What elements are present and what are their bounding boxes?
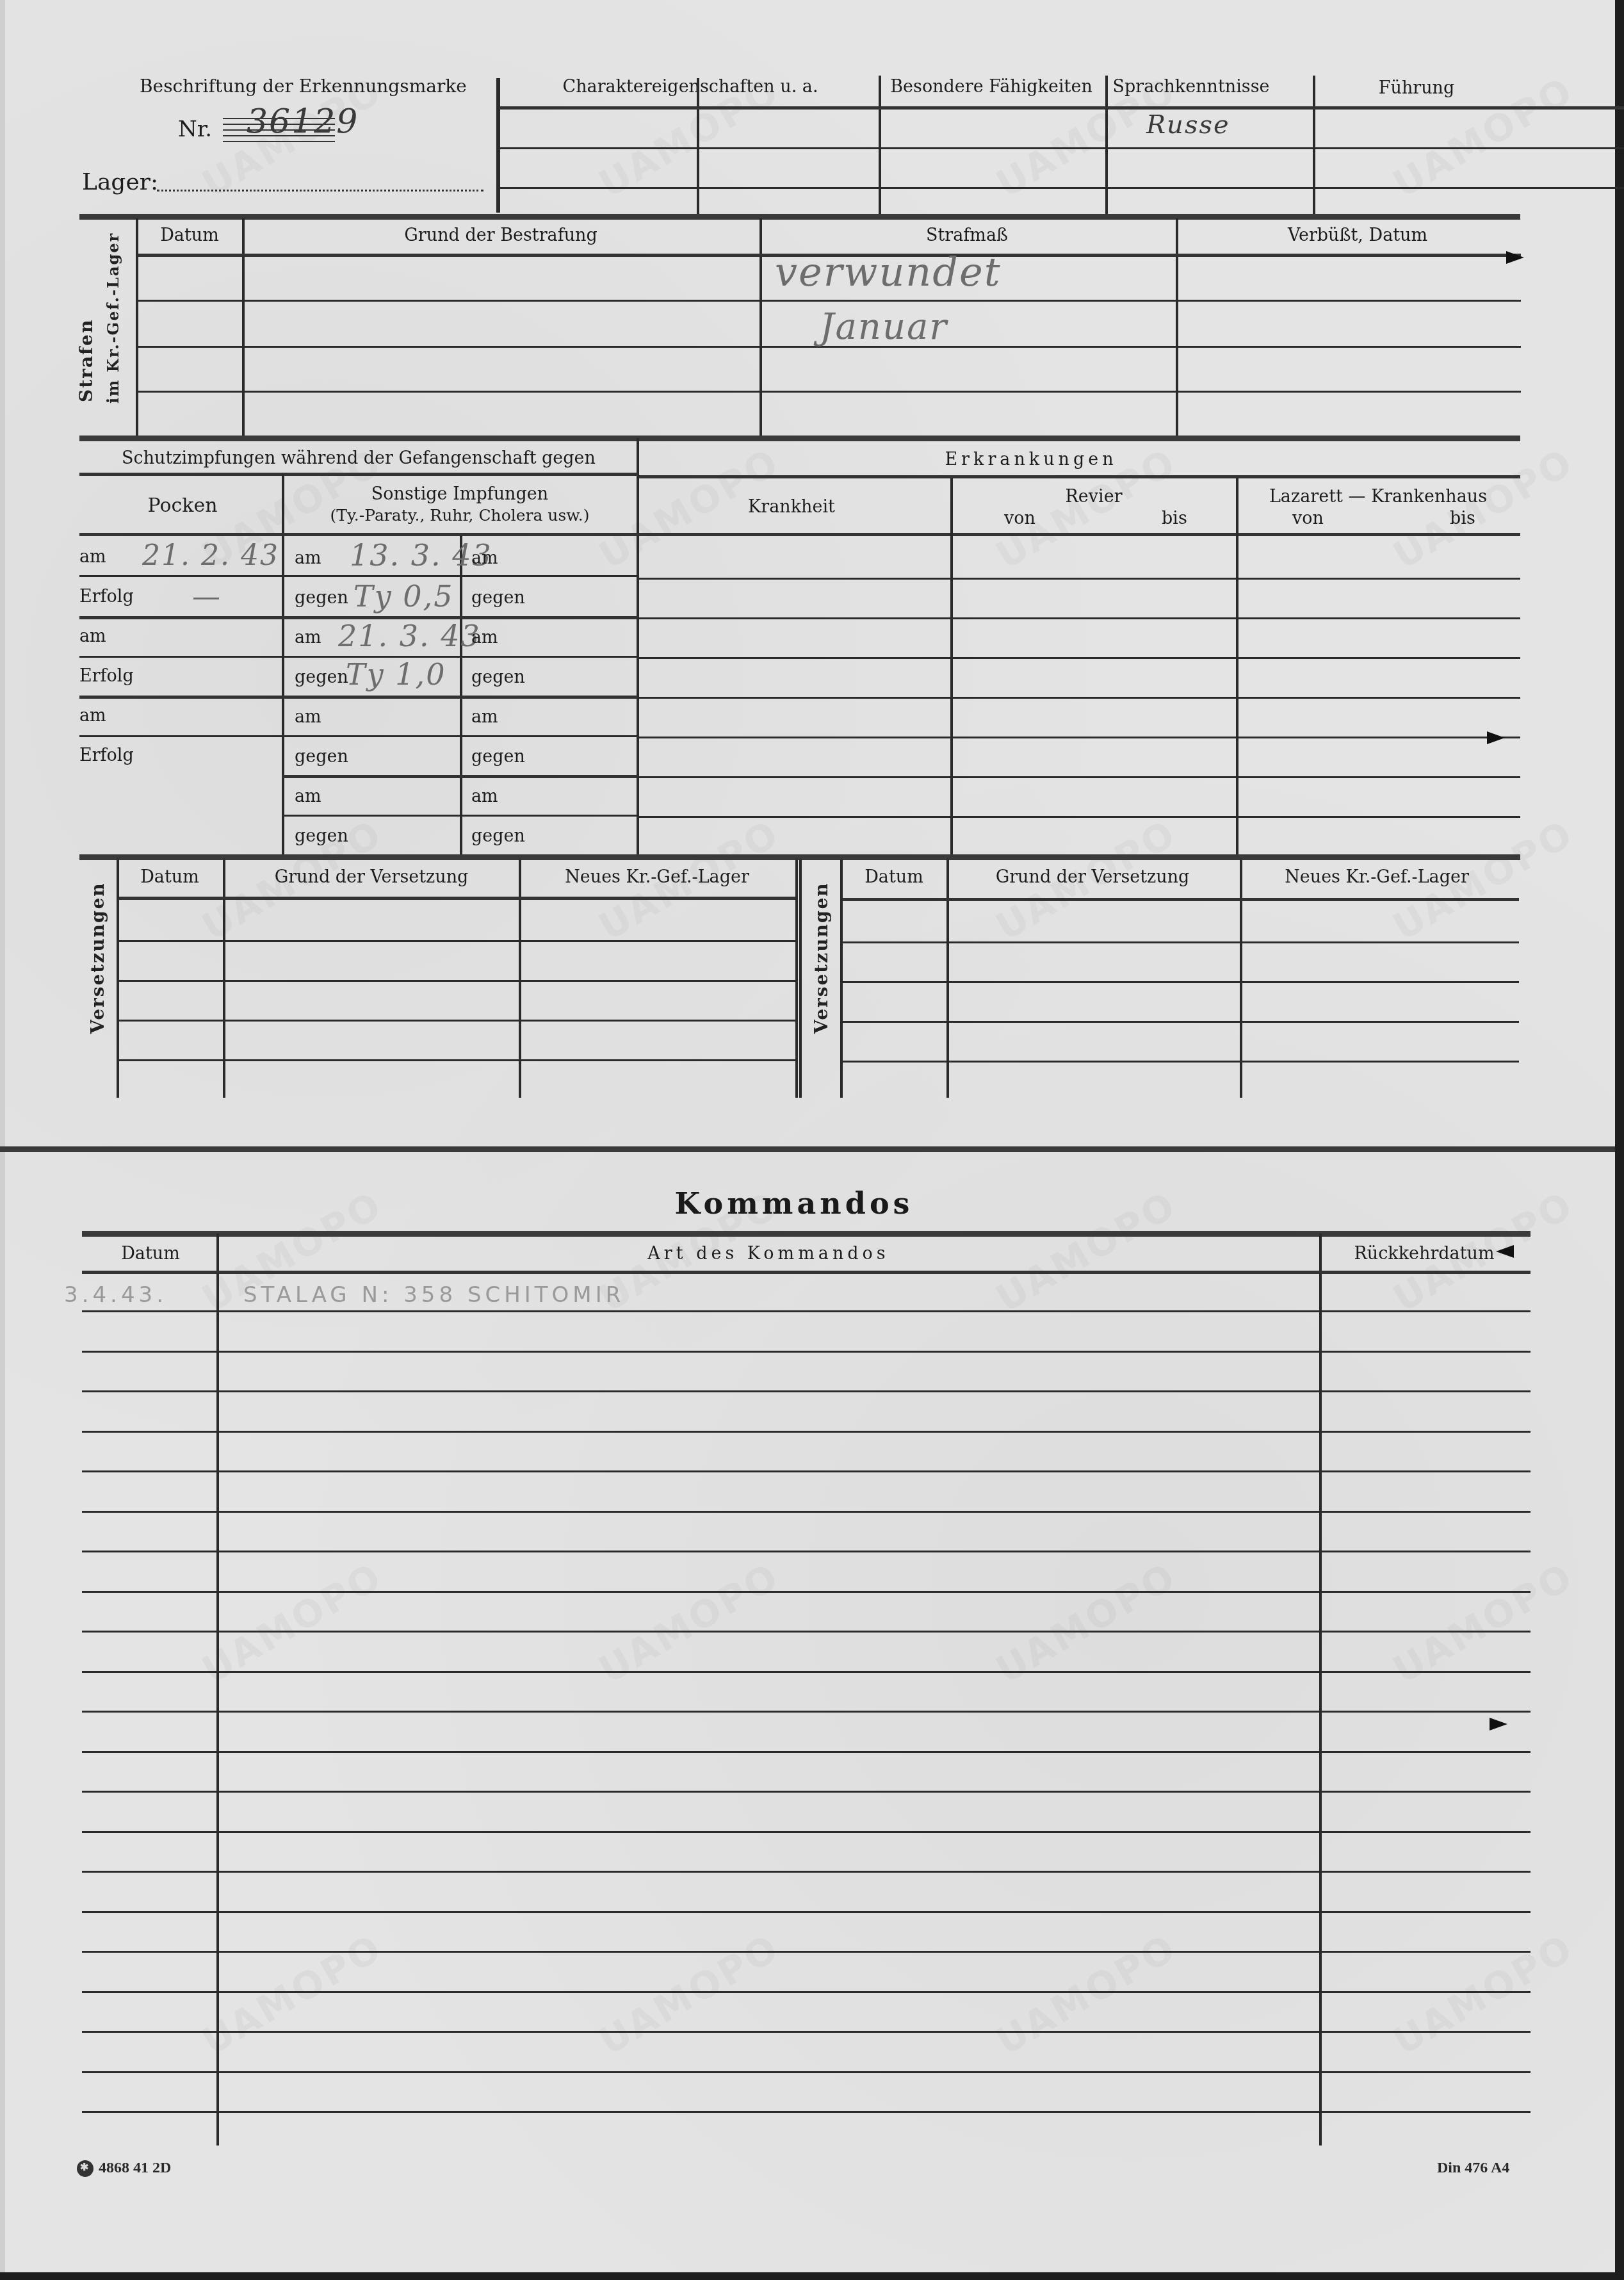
kommandos-title: Kommandos [675, 1186, 914, 1221]
sonstige-gegen-label-1: gegen [295, 588, 348, 608]
fuehrung-field[interactable] [1317, 110, 1522, 213]
pocken-am-value-1[interactable]: 21. 2. 43 [142, 539, 279, 572]
sonstige2-am-label-4: am [471, 786, 498, 806]
kommandos-row-line [82, 1831, 1531, 1833]
kommandos-row-line [82, 2111, 1531, 2113]
scan-edge-left [0, 0, 5, 2280]
eagle-emblem-icon [77, 2160, 93, 2177]
strafen-side-sublabel: im Kr.-Gef.-Lager [104, 232, 122, 403]
sonstige-gegen-label-4: gegen [295, 826, 348, 846]
lager-label: Lager: [82, 169, 158, 195]
kommandos-row-line [82, 1511, 1531, 1513]
versetzungen-side-label-left: Versetzungen [87, 882, 108, 1034]
sonstige-am-label-1: am [295, 548, 321, 568]
sprachkenntnisse-value[interactable]: Russe [1146, 110, 1230, 140]
vers-right-header-lager: Neues Kr.-Gef.-Lager [1285, 867, 1469, 887]
fold-line [0, 1146, 1615, 1152]
form-number: 4868 41 2D [77, 2160, 171, 2177]
strafen-header-grund: Grund der Bestrafung [404, 225, 597, 245]
kommandos-row-line [82, 1470, 1531, 1472]
kommandos-row-line [82, 1991, 1531, 1993]
revier-bis-label: bis [1162, 509, 1187, 528]
kommandos-header-datum: Datum [121, 1244, 180, 1264]
header-fuehrung: Führung [1379, 78, 1454, 98]
pocken-am-label-3: am [79, 706, 106, 726]
sonstige2-gegen-label-2: gegen [471, 667, 525, 687]
lazarett-header: Lazarett — Krankenhaus [1269, 487, 1487, 507]
vers-left-header-lager: Neues Kr.-Gef.-Lager [565, 867, 749, 887]
kommandos-row-line [82, 1951, 1531, 1953]
kommandos-row-line [82, 1751, 1531, 1753]
versetzungen-side-label-right: Versetzungen [811, 882, 832, 1034]
sonstige-gegen-value-2[interactable]: Ty 1,0 [346, 657, 446, 692]
sonstige2-am-label-2: am [471, 628, 498, 647]
vers-left-header-datum: Datum [140, 867, 199, 887]
scan-edge-right [1615, 0, 1624, 2280]
paper-tear-mark [1490, 1718, 1507, 1730]
sonstige-gegen-value-1[interactable]: Ty 0,5 [353, 579, 453, 614]
kommandos-row-line [82, 1310, 1531, 1312]
kommandos-row-line [82, 1671, 1531, 1673]
kommandos-row-line [82, 2031, 1531, 2033]
tag-label: Beschriftung der Erkennungsmarke [140, 76, 467, 97]
vers-right-header-datum: Datum [865, 867, 923, 887]
pocken-erfolg-label-3: Erfolg [79, 745, 134, 765]
paper-tear-mark [1496, 1245, 1514, 1258]
kommandos-row-line [82, 1591, 1531, 1593]
kommandos-row-line [82, 1911, 1531, 1913]
header-sprachkenntnisse: Sprachkenntnisse [1113, 77, 1270, 97]
sonstige-am-label-3: am [295, 707, 321, 727]
strafmass-value-line2[interactable]: Januar [820, 306, 948, 348]
kommandos-row-line [82, 1711, 1531, 1713]
header-besondere-faehigkeiten: Besondere Fähigkeiten [890, 77, 1092, 97]
document-page [5, 0, 1614, 2274]
strafen-header-datum: Datum [160, 225, 219, 245]
pocken-am-label-2: am [79, 626, 106, 646]
revier-header: Revier [1065, 487, 1122, 507]
sonstige-am-label-4: am [295, 786, 321, 806]
impfungen-title: Schutzimpfungen während der Gefangenscha… [122, 448, 596, 468]
paper-tear-mark [1506, 251, 1524, 264]
sonstige-header: Sonstige Impfungen [371, 484, 548, 504]
krankheit-header: Krankheit [748, 497, 835, 517]
strafen-header-verbuesst: Verbüßt, Datum [1288, 225, 1427, 245]
pocken-erfolg-value-1[interactable]: — [192, 580, 222, 613]
header-charaktereigenschaften: Charaktereigenschaften u. a. [562, 77, 818, 97]
kommandos-row-line [82, 1351, 1531, 1353]
revier-von-label: von [1004, 509, 1035, 528]
din-label: Din 476 A4 [1437, 2160, 1509, 2177]
pocken-header: Pocken [147, 494, 217, 517]
lazarett-bis-label: bis [1450, 509, 1475, 528]
kommandos-datum-value-1[interactable]: 3.4.43. [64, 1282, 167, 1308]
erkrankungen-title: Erkrankungen [945, 450, 1117, 469]
sonstige2-gegen-label-1: gegen [471, 588, 525, 608]
kommandos-row-line [82, 1390, 1531, 1392]
lager-field[interactable] [157, 190, 483, 191]
kommandos-row-line [82, 1551, 1531, 1552]
pocken-erfolg-label-1: Erfolg [79, 587, 134, 607]
lazarett-von-label: von [1292, 509, 1324, 528]
kommandos-art-value-1[interactable]: STALAG N: 358 SCHITOMIR [243, 1282, 624, 1308]
kommandos-header-rueckkehr: Rückkehrdatum [1354, 1244, 1494, 1264]
sonstige-am-value-2[interactable]: 21. 3. 43 [338, 619, 481, 653]
sonstige2-am-label-3: am [471, 707, 498, 727]
pocken-am-label-1: am [79, 547, 106, 567]
kommandos-row-line [82, 1431, 1531, 1433]
nr-value[interactable]: 36129 [247, 102, 359, 141]
pocken-erfolg-label-2: Erfolg [79, 666, 134, 686]
strafen-side-label: Strafen [76, 319, 97, 402]
sonstige-gegen-label-3: gegen [295, 747, 348, 767]
sonstige-am-label-2: am [295, 628, 321, 647]
sonstige-gegen-label-2: gegen [295, 667, 348, 687]
charaktereigenschaften-field[interactable] [499, 110, 877, 213]
nr-label: Nr. [178, 117, 212, 142]
kommandos-row-line [82, 1791, 1531, 1793]
paper-tear-mark [1487, 731, 1505, 744]
sonstige2-am-label-1: am [471, 548, 498, 568]
kommandos-row-line [82, 1871, 1531, 1873]
vers-left-header-grund: Grund der Versetzung [275, 867, 469, 887]
scan-edge-bottom [0, 2272, 1624, 2280]
kommandos-row-line [82, 2071, 1531, 2073]
sonstige2-gegen-label-3: gegen [471, 747, 525, 767]
sonstige2-gegen-label-4: gegen [471, 826, 525, 846]
besondere-faehigkeiten-field[interactable] [882, 110, 1103, 213]
strafmass-value-line1[interactable]: verwundet [775, 248, 1002, 295]
strafen-header-strafmass: Strafmaß [926, 225, 1008, 245]
sonstige-subheader: (Ty.-Paraty., Ruhr, Cholera usw.) [330, 506, 590, 525]
vers-right-header-grund: Grund der Versetzung [996, 867, 1190, 887]
kommandos-header-art: Art des Kommandos [647, 1244, 889, 1264]
kommandos-row-line [82, 1631, 1531, 1633]
